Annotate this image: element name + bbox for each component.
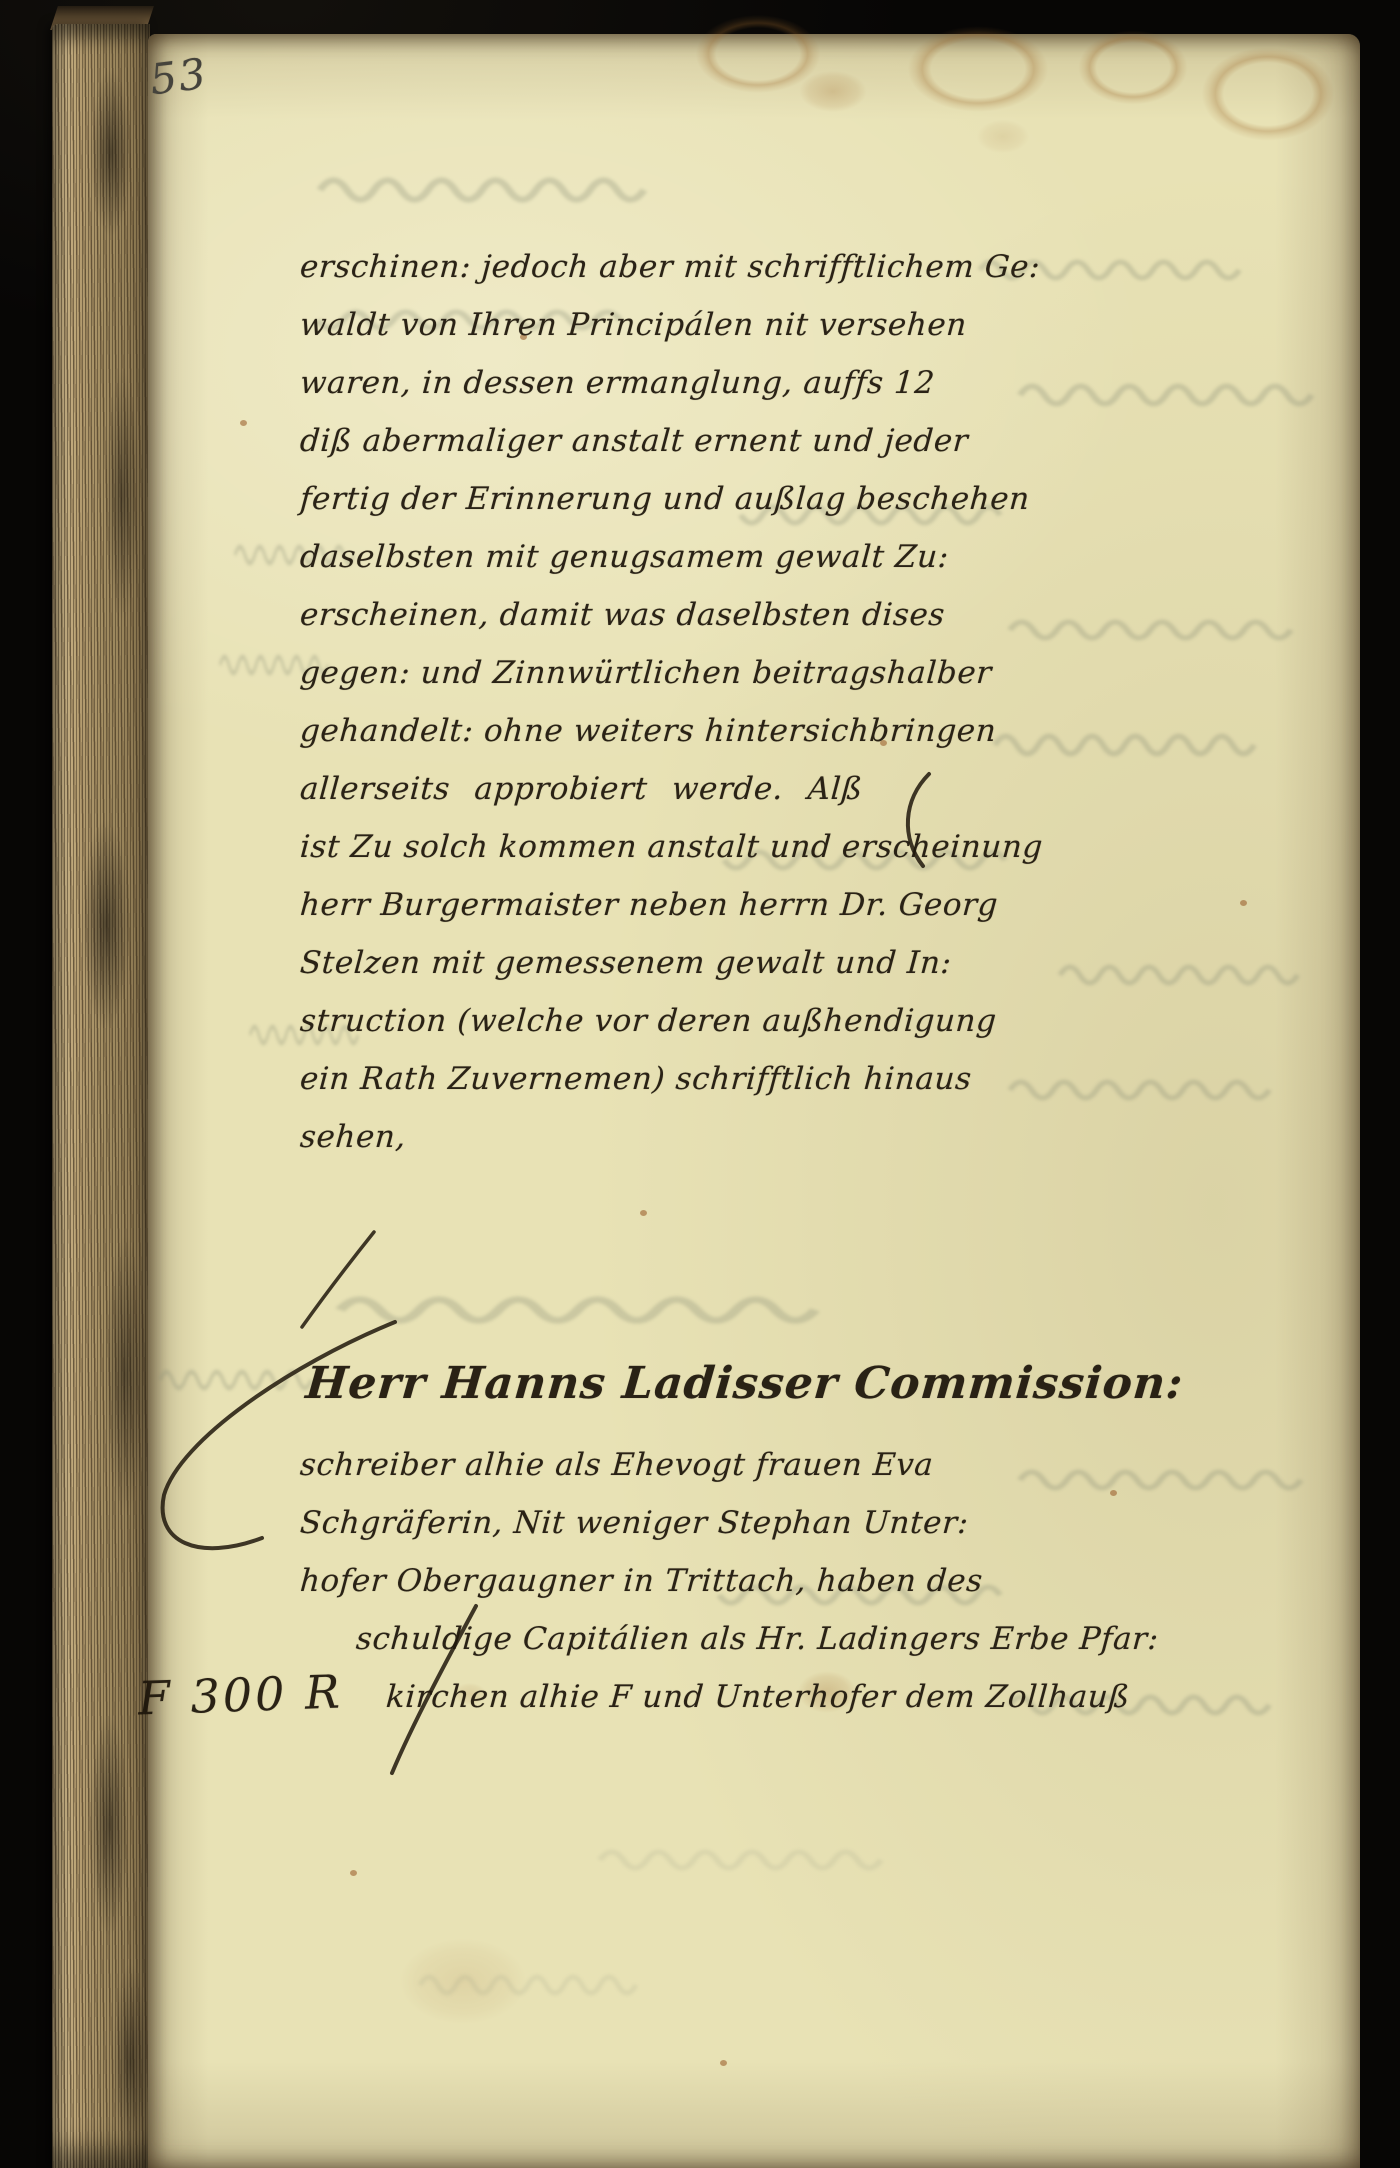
manuscript-line: Stelzen mit gemessenem gewalt und In: [298,934,1045,992]
manuscript-line: daselbsten mit genugsamem gewalt Zu: [298,528,1045,586]
manuscript-line: allerseits approbiert werde. Alß [298,760,1045,818]
manuscript-line: diß abermaliger anstalt ernent und jeder [298,412,1045,470]
entry-heading: Herr Hanns Ladisser Commission: [304,1358,1186,1409]
folio-number: 53 [147,49,210,105]
manuscript-line: waren, in dessen ermanglung, auffs 12 [298,354,1045,412]
manuscript-line: struction (welche vor deren außhendigung [298,992,1045,1050]
manuscript-paragraph-2: schreiber alhie als Ehevogt frauen EvaSc… [298,1436,1157,1726]
manuscript-line: waldt von Ihren Principálen nit versehen [298,296,1045,354]
manuscript-paragraph-1: erschinen: jedoch aber mit schrifftliche… [298,238,1041,1166]
manuscript-line: schreiber alhie als Ehevogt frauen Eva [298,1436,1161,1494]
manuscript-line: Schgräferin, Nit weniger Stephan Unter: [298,1494,1161,1552]
manuscript-line: kirchen alhie F und Unterhofer dem Zollh… [298,1668,1161,1726]
manuscript-line: ist Zu solch kommen anstalt und erschein… [298,818,1045,876]
manuscript-line: herr Burgermaister neben herrn Dr. Georg [298,876,1045,934]
manuscript-line: schuldige Capitálien als Hr. Ladingers E… [298,1610,1161,1668]
margin-amount-note: F 300 R [137,1664,343,1725]
manuscript-line: gegen: und Zinnwürtlichen beitragshalber [298,644,1045,702]
manuscript-scan: 53 erschinen: jedoch aber mit schrifftli… [0,0,1400,2168]
manuscript-line: erschinen: jedoch aber mit schrifftliche… [298,238,1045,296]
manuscript-line: erscheinen, damit was daselbsten dises [298,586,1045,644]
manuscript-line: gehandelt: ohne weiters hintersichbringe… [298,702,1045,760]
manuscript-line: fertig der Erinnerung und außlag bescheh… [298,470,1045,528]
manuscript-line: sehen, [298,1108,1045,1166]
manuscript-line: hofer Obergaugner in Trittach, haben des [298,1552,1161,1610]
manuscript-line: ein Rath Zuvernemen) schrifftlich hinaus [298,1050,1045,1108]
